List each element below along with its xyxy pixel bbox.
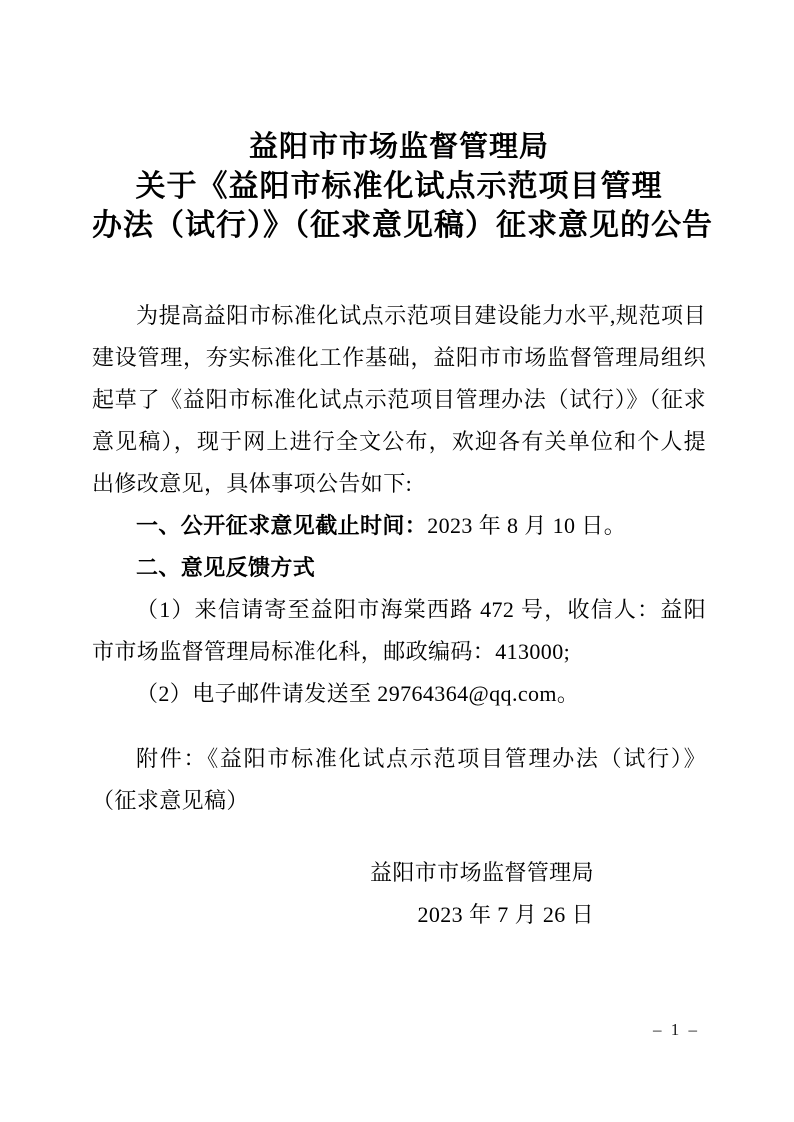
page-number: – 1 – <box>653 1020 697 1040</box>
signature-date: 2023 年 7 月 26 日 <box>92 894 594 936</box>
title-org-line: 益阳市市场监督管理局 <box>92 128 706 167</box>
title-line-2: 关于《益阳市标准化试点示范项目管理 <box>92 167 706 206</box>
section-1-deadline: 2023 年 8 月 10 日。 <box>427 513 626 538</box>
attachment-note: 附件：《益阳市标准化试点示范项目管理办法（试行）》（征求意见稿） <box>92 738 706 822</box>
intro-paragraph: 为提高益阳市标准化试点示范项目建设能力水平,规范项目建设管理，夯实标准化工作基础… <box>92 295 706 505</box>
document-title: 益阳市市场监督管理局 关于《益阳市标准化试点示范项目管理 办法（试行）》（征求意… <box>92 128 706 245</box>
title-line-3: 办法（试行）》（征求意见稿）征求意见的公告 <box>92 206 706 245</box>
document-page: 益阳市市场监督管理局 关于《益阳市标准化试点示范项目管理 办法（试行）》（征求意… <box>0 0 794 1122</box>
document-content: 益阳市市场监督管理局 关于《益阳市标准化试点示范项目管理 办法（试行）》（征求意… <box>92 0 706 936</box>
signature-block: 益阳市市场监督管理局 2023 年 7 月 26 日 <box>92 852 706 936</box>
section-2-heading: 二、意见反馈方式 <box>92 547 706 589</box>
section-1-heading: 一、公开征求意见截止时间：2023 年 8 月 10 日。 <box>92 505 706 547</box>
section-1-label: 一、公开征求意见截止时间： <box>136 513 427 538</box>
feedback-item-mail: （1）来信请寄至益阳市海棠西路 472 号，收信人：益阳市市场监督管理局标准化科… <box>92 589 706 673</box>
signature-org: 益阳市市场监督管理局 <box>92 852 594 894</box>
feedback-item-email: （2）电子邮件请发送至 29764364@qq.com。 <box>92 673 706 715</box>
